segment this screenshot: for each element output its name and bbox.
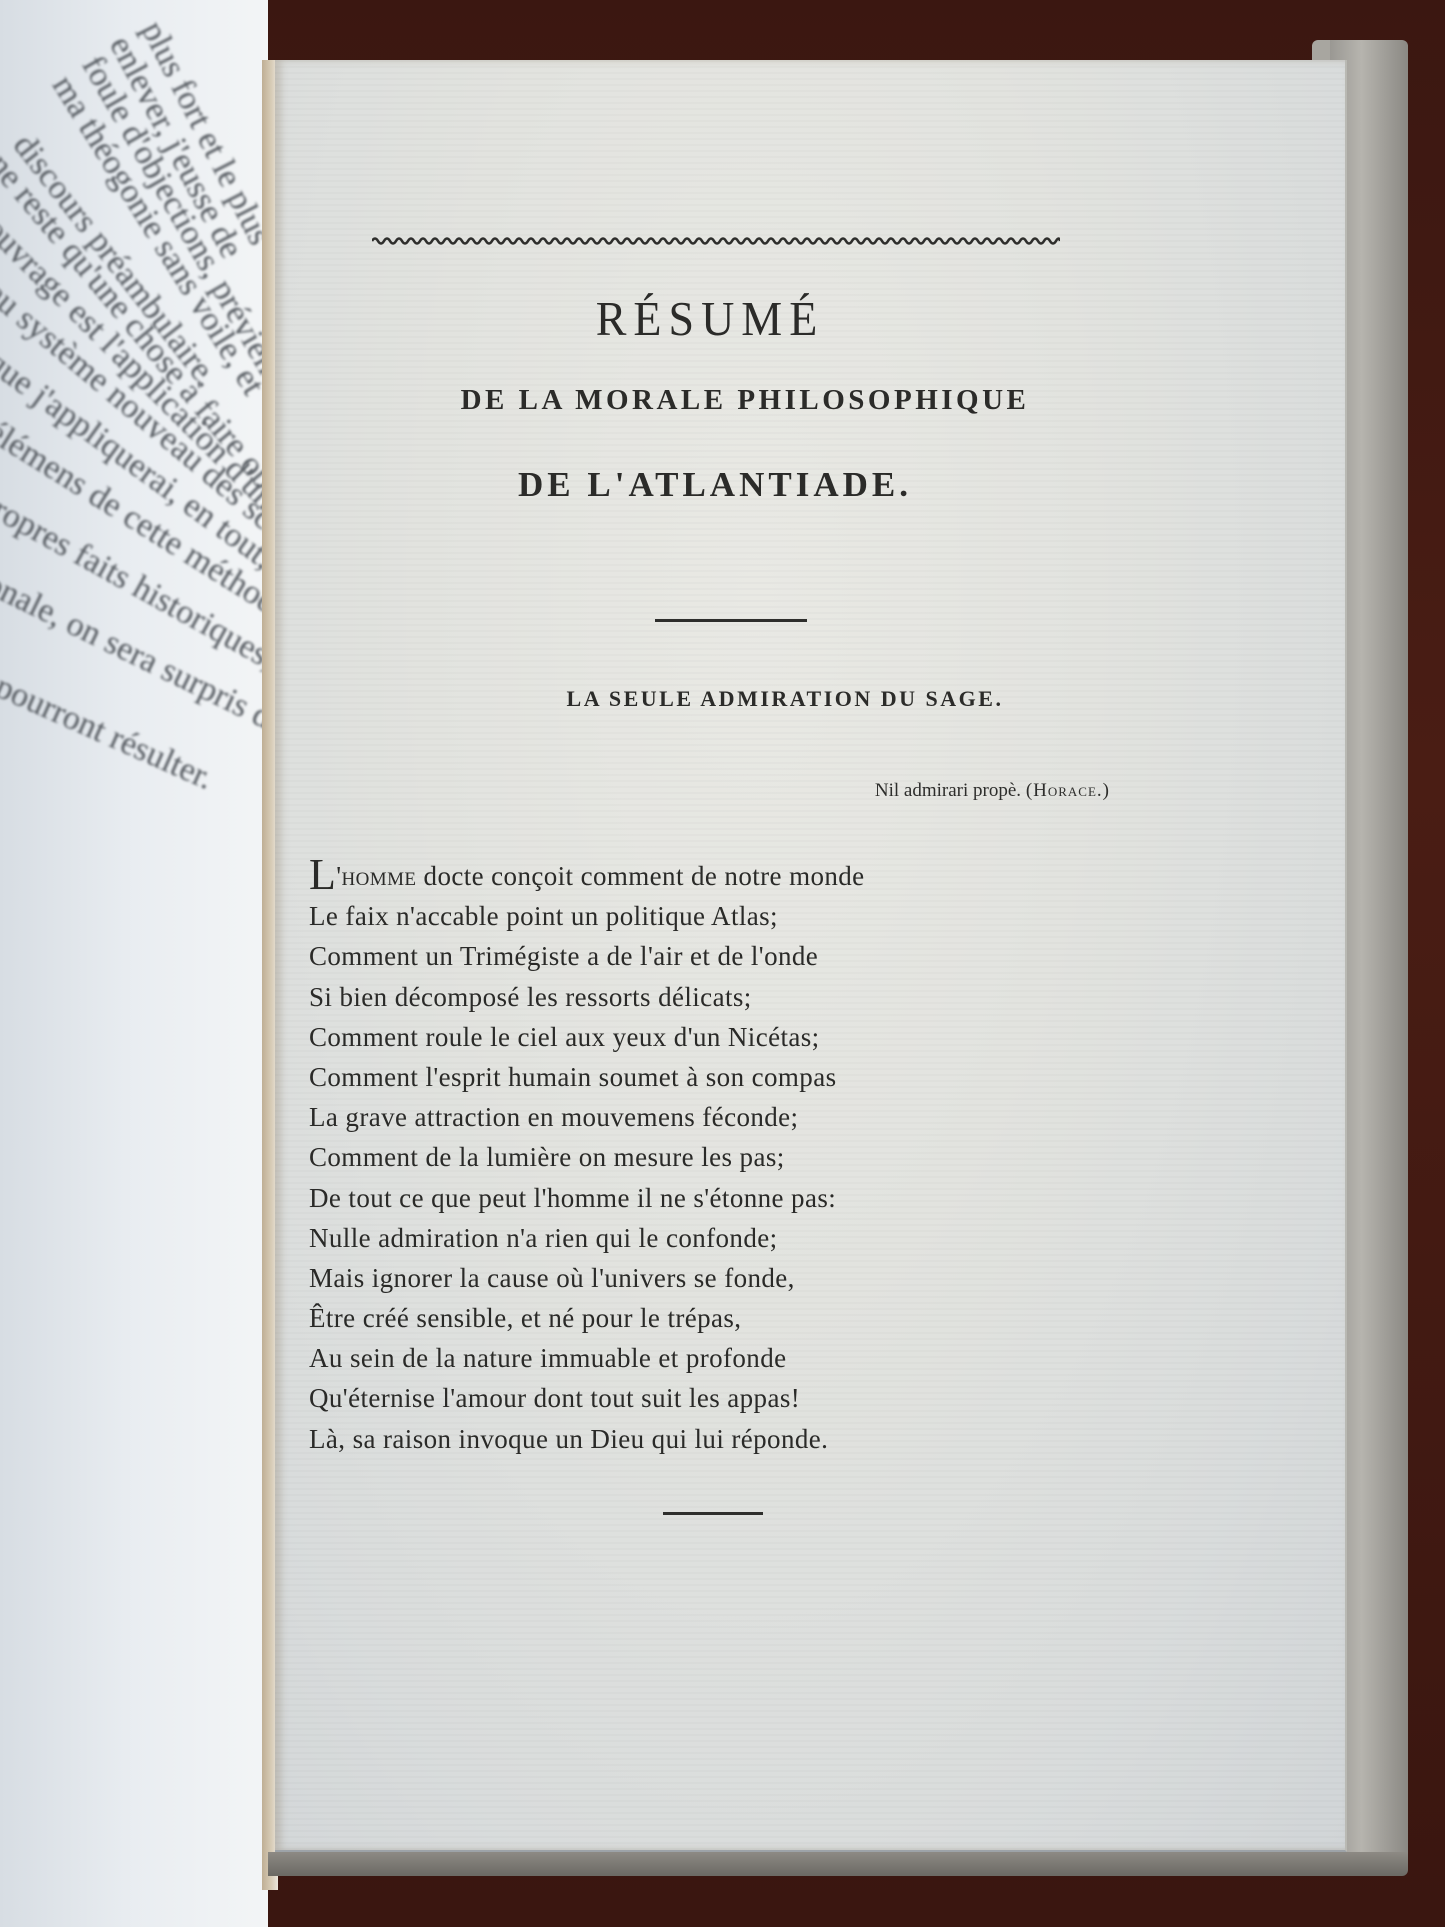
poem-line: Nulle admiration n'a rien qui le confond… [309, 1218, 1029, 1258]
subtitle-line-2: DE L'ATLANTIADE. [275, 465, 1155, 505]
left-page: plus fort et le plus enlever, j'eusse de… [0, 0, 268, 1927]
left-page-text: plus fort et le plus enlever, j'eusse de… [0, 0, 268, 800]
poem-line: Au sein de la nature immuable et profond… [309, 1338, 1029, 1378]
poem-line: Qu'éternise l'amour dont tout suit les a… [309, 1378, 1029, 1418]
epigraph: Nil admirari propè. (Horace.) [875, 780, 1110, 802]
subtitle-line-1: DE LA MORALE PHILOSOPHIQUE [345, 384, 1145, 417]
section-heading: LA SEULE ADMIRATION DU SAGE. [395, 686, 1175, 712]
page-title: RÉSUMÉ [275, 291, 1145, 347]
poem-line: Comment l'esprit humain soumet à son com… [309, 1057, 1029, 1097]
epigraph-attribution: (Horace.) [1026, 780, 1110, 801]
right-page: RÉSUMÉ DE LA MORALE PHILOSOPHIQUE DE L'A… [275, 60, 1347, 1852]
section-divider-rule [655, 619, 807, 622]
poem-line: De tout ce que peut l'homme il ne s'éton… [309, 1178, 1029, 1218]
wavy-ornamental-rule [372, 236, 1060, 246]
poem: L'homme docte conçoit comment de notre m… [309, 856, 1029, 1459]
poem-line: Comment de la lumière on mesure les pas; [309, 1137, 1029, 1177]
epigraph-text: Nil admirari propè. [875, 780, 1021, 801]
poem-line: La grave attraction en mouvemens féconde… [309, 1097, 1029, 1137]
poem-first-line-rest: docte conçoit comment de notre monde [416, 861, 864, 891]
poem-first-word: 'homme [336, 861, 416, 891]
poem-line: Si bien décomposé les ressorts délicats; [309, 977, 1029, 1017]
poem-line: Comment un Trimégiste a de l'air et de l… [309, 936, 1029, 976]
cover-bottom-edge [268, 1852, 1408, 1876]
poem-line: Le faix n'accable point un politique Atl… [309, 896, 1029, 936]
poem-line: Comment roule le ciel aux yeux d'un Nicé… [309, 1017, 1029, 1057]
poem-line: Mais ignorer la cause où l'univers se fo… [309, 1258, 1029, 1298]
drop-cap: L [309, 850, 336, 899]
poem-line: Là, sa raison invoque un Dieu qui lui ré… [309, 1419, 1029, 1459]
end-rule [663, 1512, 763, 1515]
poem-line: L'homme docte conçoit comment de notre m… [309, 856, 1029, 896]
poem-line: Être créé sensible, et né pour le trépas… [309, 1298, 1029, 1338]
